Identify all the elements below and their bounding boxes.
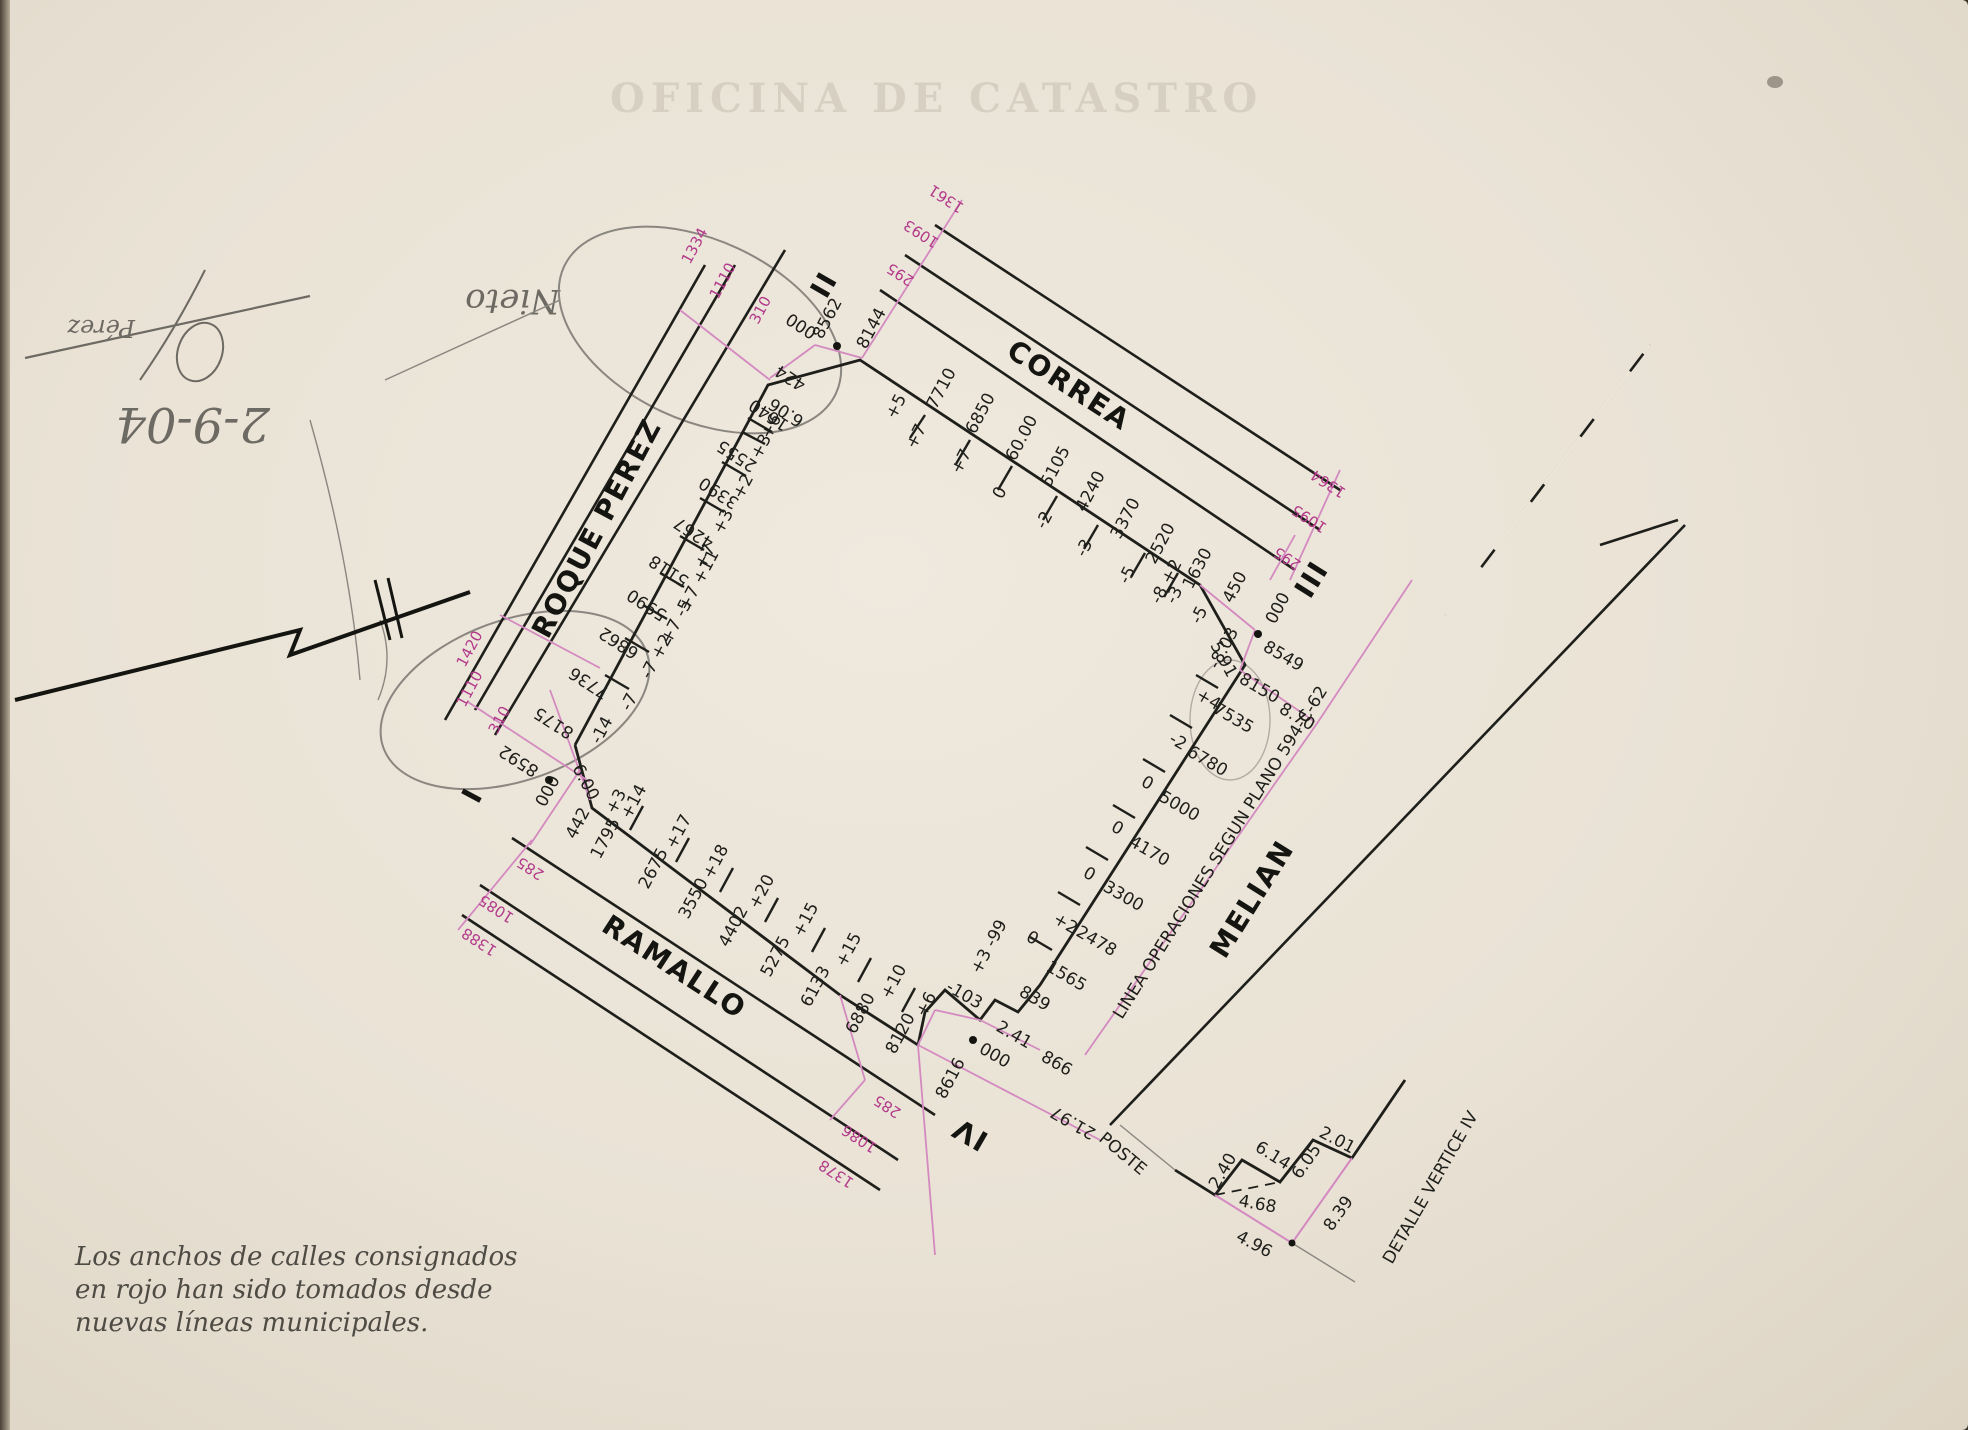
date-annotation: 2-9-04 [115,396,271,452]
svg-text:-5: -5 [1187,603,1213,627]
svg-text:0: 0 [1080,863,1099,886]
svg-text:8562: 8562 [809,295,847,343]
svg-text:1110: 1110 [706,260,740,302]
svg-text:1093: 1093 [900,216,942,252]
svg-text:-7 +2: -7 +2 [637,631,677,682]
svg-text:en rojo han sido tomados desde: en rojo han sido tomados desde [75,1275,493,1305]
svg-text:424: 424 [772,360,810,394]
svg-text:8175: 8175 [531,702,578,742]
svg-text:POSTE: POSTE [1095,1129,1150,1180]
svg-text:6.05: 6.05 [1288,1140,1326,1182]
svg-text:6850: 6850 [962,390,1000,438]
svg-text:0: 0 [1023,927,1042,950]
svg-text:0: 0 [1138,772,1157,795]
svg-text:3550: 3550 [675,875,713,923]
svg-text:7736: 7736 [566,662,613,702]
svg-text:5990: 5990 [624,584,671,624]
svg-text:-3: -3 [1072,536,1098,560]
svg-text:-2: -2 [1032,508,1058,532]
svg-text:+15: +15 [832,929,867,970]
svg-text:4.96: 4.96 [1233,1227,1276,1262]
vertex-I: I [455,782,490,808]
melian-distances: 8150 7535 6780 5000 4170 3300 2478 1565 … [993,669,1333,1180]
svg-text:6780: 6780 [1184,742,1231,781]
svg-text:4170: 4170 [1126,832,1173,871]
faint-header: OFICINA DE CATASTRO [610,75,1263,122]
svg-text:+6: +6 [912,989,941,1021]
svg-text:-7: -7 [617,690,643,714]
svg-text:+17: +17 [662,811,697,852]
svg-text:8616: 8616 [932,1055,970,1103]
svg-text:3300: 3300 [1100,877,1147,916]
svg-text:310: 310 [746,293,775,327]
svg-text:6862: 6862 [596,622,643,662]
svg-text:nuevas líneas municipales.: nuevas líneas municipales. [75,1308,428,1338]
block-outline [575,360,1245,1045]
svg-text:+14: +14 [617,781,652,822]
svg-text:-2: -2 [1166,729,1191,755]
svg-text:1388: 1388 [458,924,500,960]
svg-text:60.00: 60.00 [1002,412,1043,464]
vertex-IV: IV [946,1111,994,1158]
svg-text:6.00: 6.00 [568,761,603,804]
correa-distances: 8144 7710 6850 60.00 5105 4240 3370 2520… [853,305,1307,681]
svg-text:5105: 5105 [1037,443,1075,491]
svg-text:000: 000 [1262,589,1295,627]
svg-text:839: 839 [1016,982,1054,1016]
survey-map: OFICINA DE CATASTRO Pérez 2-9-04 Nieto [0,0,1968,1430]
svg-text:0: 0 [1108,817,1127,840]
footnote: Los anchos de calles consignados en rojo… [74,1242,517,1338]
svg-text:4240: 4240 [1072,468,1110,516]
svg-text:+7: +7 [947,446,976,478]
svg-text:8150: 8150 [1236,669,1283,708]
svg-text:2.40: 2.40 [1205,1150,1241,1193]
svg-text:8549: 8549 [1260,637,1307,676]
svg-text:1110: 1110 [453,668,487,710]
signature-mid: Nieto [465,281,561,321]
detail-vertex-iv: 2.40 6.14 6.05 2.01 4.68 4.96 8.39 DETAL… [1120,1080,1483,1282]
svg-text:2675: 2675 [635,845,673,893]
punch-mark [1767,76,1783,88]
svg-text:1361: 1361 [925,181,967,217]
svg-text:21.97: 21.97 [1047,1101,1099,1143]
signature-top: Pérez [67,314,136,342]
svg-text:000: 000 [976,1039,1014,1073]
svg-text:8.39: 8.39 [1320,1192,1358,1234]
svg-text:285: 285 [870,1091,904,1122]
svg-text:+10: +10 [877,961,912,1002]
svg-text:450: 450 [1219,568,1252,606]
svg-text:+3 -99: +3 -99 [967,917,1012,978]
svg-text:7710: 7710 [923,365,961,413]
svg-text:+5: +5 [882,391,911,423]
svg-text:6880: 6880 [842,990,880,1038]
svg-text:+15: +15 [789,899,824,940]
svg-text:442: 442 [562,804,595,842]
ramallo-offsets: +3 +14 +17 +18 +20 +15 +15 +10 +6 [602,781,941,1020]
svg-text:Los anchos de calles consignad: Los anchos de calles consignados [74,1242,517,1272]
svg-text:1795: 1795 [587,815,625,863]
svg-text:8144: 8144 [853,305,891,353]
svg-text:295: 295 [883,259,917,290]
svg-text:866: 866 [1038,1047,1076,1081]
svg-text:1565: 1565 [1043,957,1090,996]
svg-text:+7: +7 [902,421,931,453]
svg-text:-14: -14 [587,713,618,747]
svg-text:3370: 3370 [1107,495,1145,543]
detail-title: DETALLE VERTICE IV [1379,1108,1483,1268]
svg-text:5000: 5000 [1156,787,1203,826]
svg-text:2478: 2478 [1073,922,1120,961]
svg-text:1420: 1420 [453,628,487,670]
svg-text:8120: 8120 [882,1010,920,1058]
